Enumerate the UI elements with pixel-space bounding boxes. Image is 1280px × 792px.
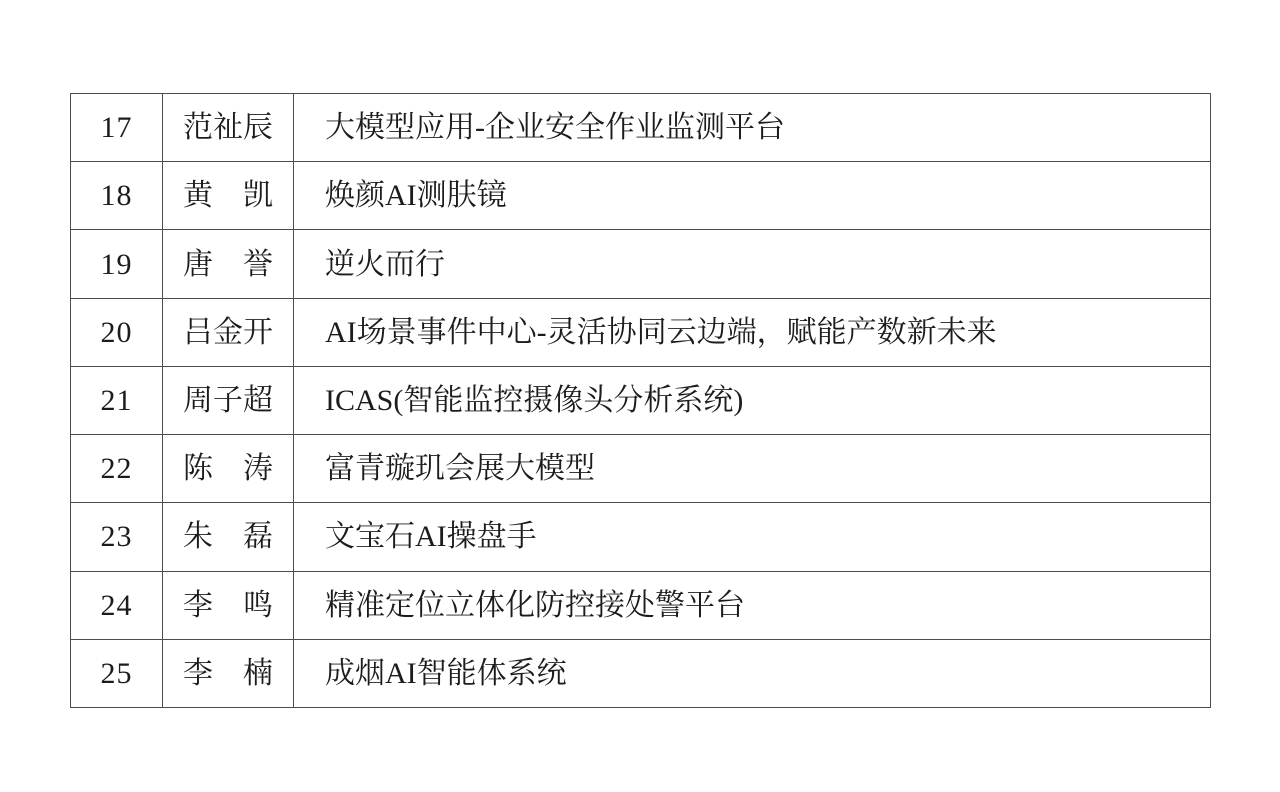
- project-title-cell: 焕颜AI测肤镜: [294, 162, 1211, 230]
- project-title-cell: 大模型应用-企业安全作业监测平台: [294, 94, 1211, 162]
- table-row: 21 周子超 ICAS(智能监控摄像头分析系统): [71, 366, 1211, 434]
- project-roster-table: 17 范祉辰 大模型应用-企业安全作业监测平台 18 黄 凯 焕颜AI测肤镜 1…: [70, 93, 1211, 708]
- table-row: 22 陈 涛 富青璇玑会展大模型: [71, 435, 1211, 503]
- person-name-cell: 吕金开: [163, 298, 294, 366]
- person-name-cell: 陈 涛: [163, 435, 294, 503]
- row-number-cell: 19: [71, 230, 163, 298]
- table-row: 19 唐 誉 逆火而行: [71, 230, 1211, 298]
- row-number-cell: 23: [71, 503, 163, 571]
- table-row: 25 李 楠 成烟AI智能体系统: [71, 639, 1211, 707]
- person-name-cell: 李 楠: [163, 639, 294, 707]
- project-title-cell: 精准定位立体化防控接处警平台: [294, 571, 1211, 639]
- project-title-cell: 成烟AI智能体系统: [294, 639, 1211, 707]
- person-name-cell: 唐 誉: [163, 230, 294, 298]
- person-name-cell: 李 鸣: [163, 571, 294, 639]
- row-number-cell: 17: [71, 94, 163, 162]
- person-name-cell: 黄 凯: [163, 162, 294, 230]
- row-number-cell: 18: [71, 162, 163, 230]
- person-name-cell: 范祉辰: [163, 94, 294, 162]
- table-row: 23 朱 磊 文宝石AI操盘手: [71, 503, 1211, 571]
- project-title-cell: 文宝石AI操盘手: [294, 503, 1211, 571]
- table-row: 17 范祉辰 大模型应用-企业安全作业监测平台: [71, 94, 1211, 162]
- table-row: 20 吕金开 AI场景事件中心-灵活协同云边端，赋能产数新未来: [71, 298, 1211, 366]
- row-number-cell: 24: [71, 571, 163, 639]
- document-page: 17 范祉辰 大模型应用-企业安全作业监测平台 18 黄 凯 焕颜AI测肤镜 1…: [0, 0, 1280, 792]
- row-number-cell: 20: [71, 298, 163, 366]
- project-title-cell: 富青璇玑会展大模型: [294, 435, 1211, 503]
- person-name-cell: 朱 磊: [163, 503, 294, 571]
- table-row: 18 黄 凯 焕颜AI测肤镜: [71, 162, 1211, 230]
- project-title-cell: ICAS(智能监控摄像头分析系统): [294, 366, 1211, 434]
- row-number-cell: 25: [71, 639, 163, 707]
- row-number-cell: 21: [71, 366, 163, 434]
- table-body: 17 范祉辰 大模型应用-企业安全作业监测平台 18 黄 凯 焕颜AI测肤镜 1…: [71, 94, 1211, 708]
- person-name-cell: 周子超: [163, 366, 294, 434]
- table-row: 24 李 鸣 精准定位立体化防控接处警平台: [71, 571, 1211, 639]
- row-number-cell: 22: [71, 435, 163, 503]
- project-title-cell: 逆火而行: [294, 230, 1211, 298]
- project-title-cell: AI场景事件中心-灵活协同云边端，赋能产数新未来: [294, 298, 1211, 366]
